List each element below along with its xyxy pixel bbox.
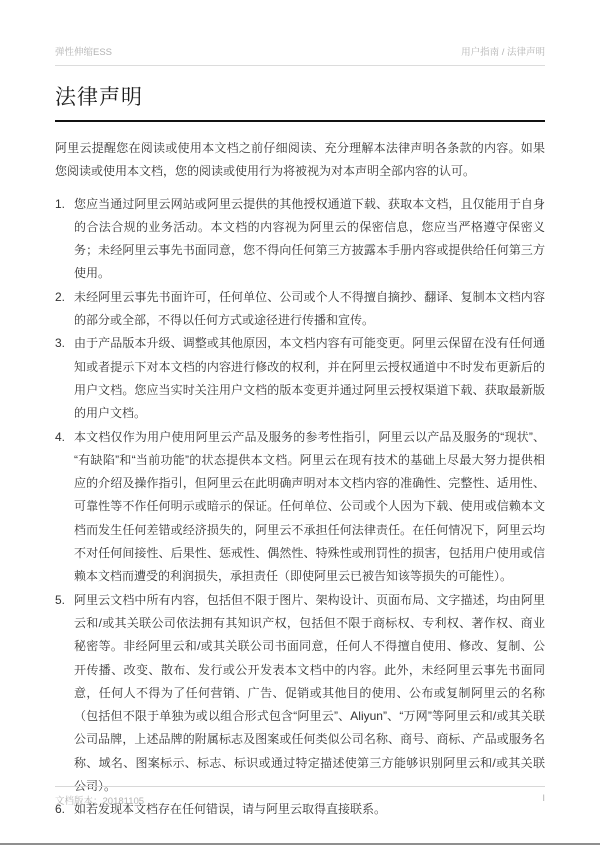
page-bottom-edge [0, 843, 600, 845]
list-item: 2. 未经阿里云事先书面许可，任何单位、公司或个人不得擅自摘抄、翻译、复制本文档… [55, 286, 545, 333]
footer-doc-version: 文档版本：20181105 [55, 793, 144, 807]
list-item-text: 由于产品版本升级、调整或其他原因，本文档内容有可能变更。阿里云保留在没有任何通知… [74, 336, 545, 420]
intro-paragraph: 阿里云提醒您在阅读或使用本文档之前仔细阅读、充分理解本法律声明各条款的内容。如果… [55, 137, 545, 184]
running-header: 弹性伸缩ESS 用户指南 / 法律声明 [55, 44, 545, 66]
running-footer: 文档版本：20181105 I [55, 786, 545, 807]
document-page: 弹性伸缩ESS 用户指南 / 法律声明 法律声明 阿里云提醒您在阅读或使用本文档… [0, 0, 600, 851]
list-item-number: 4. [55, 426, 65, 449]
list-item-number: 5. [55, 589, 65, 612]
list-item: 3. 由于产品版本升级、调整或其他原因，本文档内容有可能变更。阿里云保留在没有任… [55, 332, 545, 425]
list-item-text: 阿里云文档中所有内容，包括但不限于图片、架构设计、页面布局、文字描述，均由阿里云… [74, 593, 545, 793]
header-breadcrumb: 用户指南 / 法律声明 [461, 44, 545, 58]
list-item-number: 1. [55, 193, 65, 216]
list-item-number: 3. [55, 332, 65, 355]
list-item-text: 您应当通过阿里云网站或阿里云提供的其他授权通道下载、获取本文档，且仅能用于自身的… [74, 197, 545, 281]
header-product-name: 弹性伸缩ESS [55, 44, 112, 58]
page-title: 法律声明 [55, 85, 545, 122]
list-item-number: 2. [55, 286, 65, 309]
list-item: 5. 阿里云文档中所有内容，包括但不限于图片、架构设计、页面布局、文字描述，均由… [55, 589, 545, 799]
page-content: 弹性伸缩ESS 用户指南 / 法律声明 法律声明 阿里云提醒您在阅读或使用本文档… [0, 0, 600, 822]
list-item-text: 未经阿里云事先书面许可，任何单位、公司或个人不得擅自摘抄、翻译、复制本文档内容的… [74, 290, 545, 327]
legal-terms-list: 1. 您应当通过阿里云网站或阿里云提供的其他授权通道下载、获取本文档，且仅能用于… [55, 193, 545, 822]
list-item: 4. 本文档仅作为用户使用阿里云产品及服务的参考性指引，阿里云以产品及服务的“现… [55, 426, 545, 589]
footer-page-number: I [542, 793, 545, 807]
list-item-text: 本文档仅作为用户使用阿里云产品及服务的参考性指引，阿里云以产品及服务的“现状”、… [74, 430, 545, 584]
list-item: 1. 您应当通过阿里云网站或阿里云提供的其他授权通道下载、获取本文档，且仅能用于… [55, 193, 545, 286]
